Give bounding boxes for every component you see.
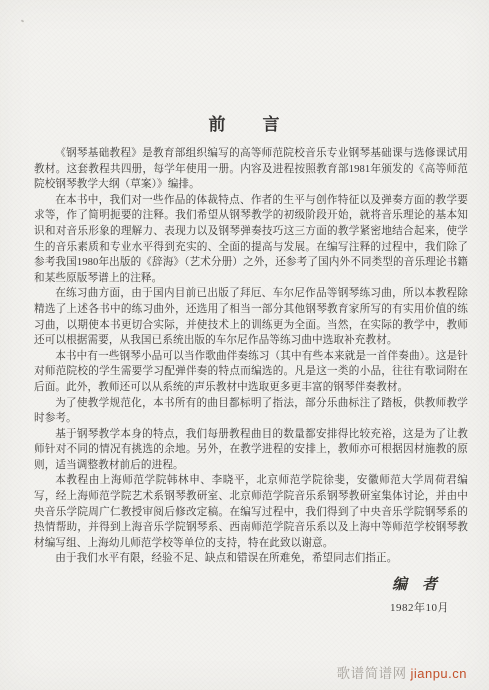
scan-noise-speck [21,19,25,22]
watermark-site-name: 歌谱简谱网 [337,666,407,681]
preface-body: 《钢琴基础教程》是教育部组织编写的高等师范院校音乐专业钢琴基础课与选修课试用教材… [34,146,468,567]
paragraph: 本教程由上海师范学院韩林申、李晓平，北京师范学院徐斐，安徽师范大学周荷君编写，经… [34,473,468,551]
watermark-site-url: jianpu.cn [410,666,467,681]
paragraph: 《钢琴基础教程》是教育部组织编写的高等师范院校音乐专业钢琴基础课与选修课试用教材… [34,146,468,193]
paragraph: 本书中有一些钢琴小品可以当作歌曲伴奏练习（其中有些本来就是一首伴奏曲）。这是针对… [34,349,468,396]
paragraph: 为了使教学规范化，本书所有的曲目都标明了指法，部分乐曲标注了踏板，供教师教学时参… [34,396,468,427]
paragraph: 由于我们水平有限，经验不足、缺点和错误在所难免，希望同志们指正。 [34,551,468,567]
author-signature: 编 者 [390,573,449,594]
paragraph: 在练习曲方面，由于国内目前已出版了拜厄、车尔尼作品等钢琴练习曲，所以本教程除精选… [34,286,468,348]
paragraph: 基于钢琴教学本身的特点，我们每册教程曲目的数量都安排得比较充裕，这是为了让教师针… [34,427,468,474]
watermark: 歌谱简谱网 jianpu.cn [337,662,467,682]
paragraph: 在本书中，我们对一些作品的体裁特点、作者的生平与创作特征以及弹奏方面的教学要求等… [34,193,468,287]
preface-title: 前 言 [0,110,489,135]
scanned-book-page: 前 言 《钢琴基础教程》是教育部组织编写的高等师范院校音乐专业钢琴基础课与选修课… [0,0,489,690]
publication-date: 1982年10月 [390,599,449,615]
signature-block: 编 者 1982年10月 [390,573,449,615]
